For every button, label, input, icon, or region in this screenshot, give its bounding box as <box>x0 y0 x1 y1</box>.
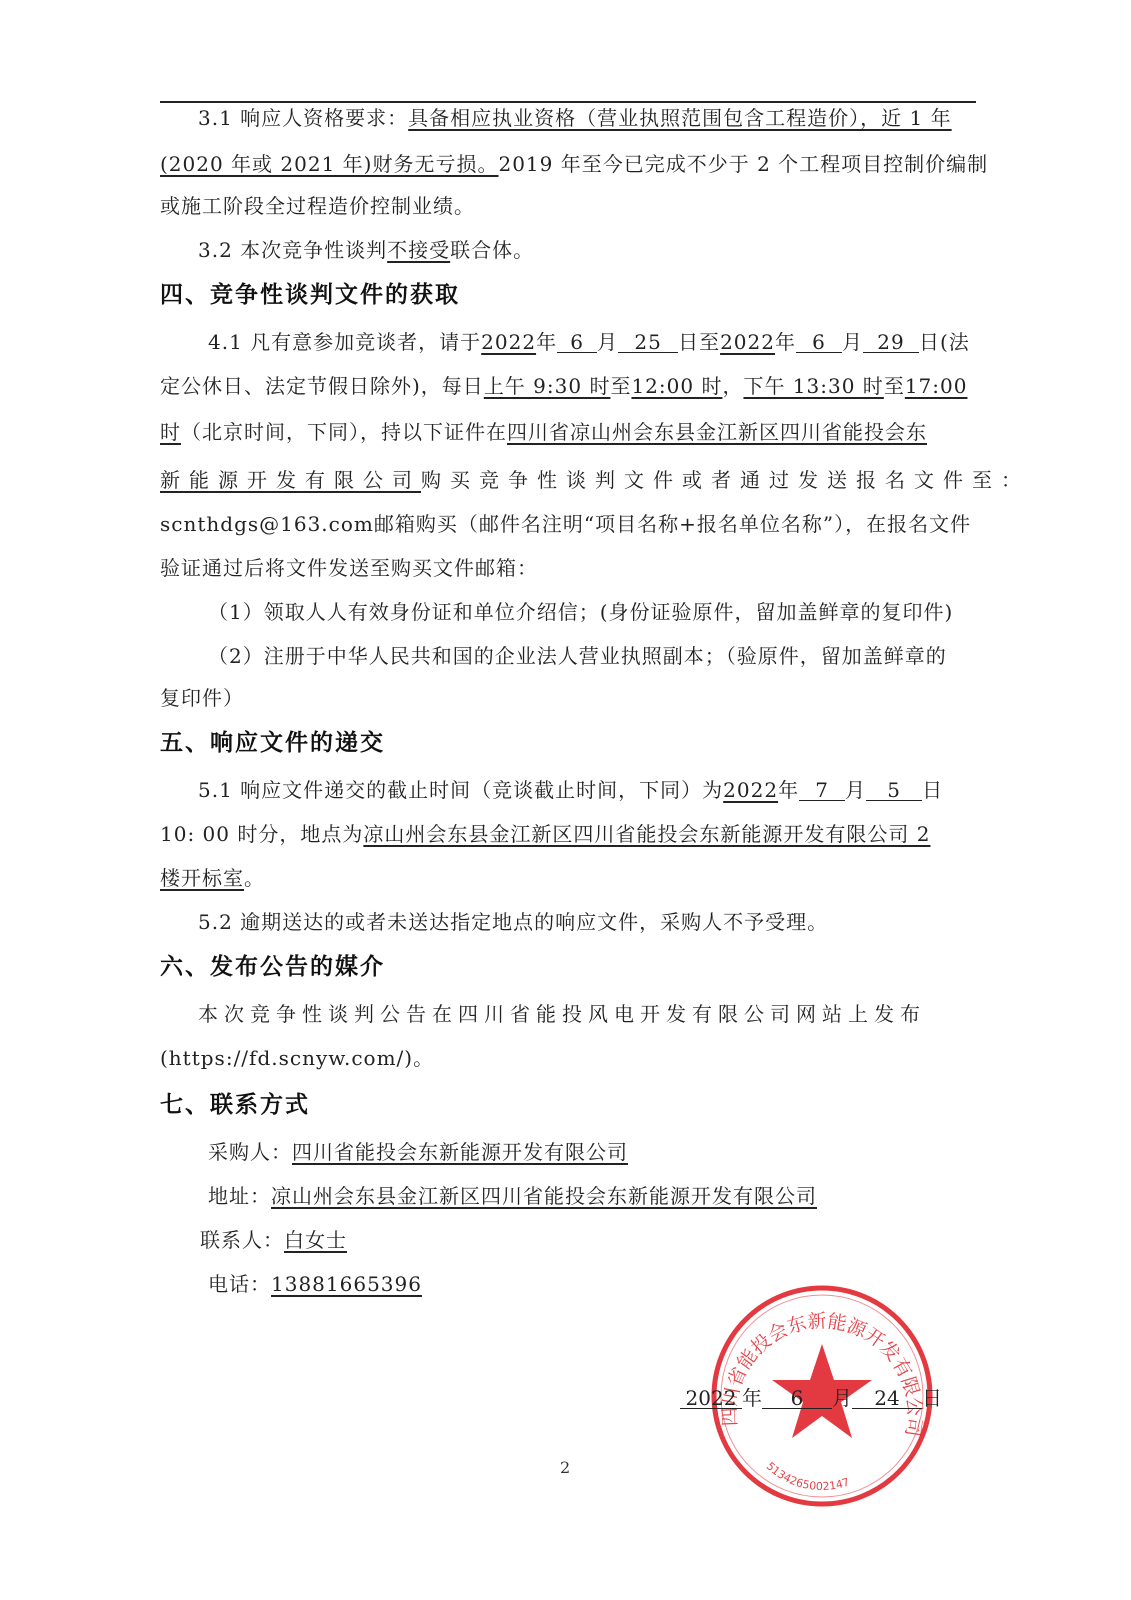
contact-row: 联系人：白女士 <box>200 1226 1020 1254</box>
sign-day: 24 <box>852 1384 922 1409</box>
contact-value: 白女士 <box>284 1228 347 1252</box>
morning-start: 上午 9:30 时 <box>484 374 611 398</box>
section-5-heading: 五、响应文件的递交 <box>160 728 385 758</box>
consortium-not-accepted: 不接受 <box>387 238 450 262</box>
line-end: 日(法 <box>919 330 970 354</box>
year-unit: 年 <box>536 330 557 354</box>
paragraph-3-1-line-2: (2020 年或 2021 年)财务无亏损。2019 年至今已完成不少于 2 个… <box>160 150 980 178</box>
paragraph-4-1-line-6: 验证通过后将文件发送至购买文件邮箱： <box>160 554 980 582</box>
requirement-item-2-line-2: 复印件） <box>160 684 980 712</box>
end-year: 2022 <box>720 330 775 354</box>
section-4-heading: 四、竞争性谈判文件的获取 <box>160 280 460 310</box>
period: 。 <box>244 866 265 890</box>
paragraph-4-1-line-5: scnthdgs@163.com邮箱购买（邮件名注明“项目名称+报名单位名称”）… <box>160 510 980 538</box>
day-unit: 日 <box>922 1386 942 1410</box>
document-page: 3.1 响应人资格要求：具备相应执业资格（营业执照范围包含工程造价），近 1 年… <box>0 0 1131 1600</box>
paragraph-4-1-line-3: 时（北京时间，下同），持以下证件在四川省凉山州会东县金江新区四川省能投会东 <box>160 418 980 446</box>
company-name: 新能源开发有限公司 <box>160 468 421 492</box>
qualification-label: 3.1 响应人资格要求： <box>198 106 408 130</box>
comma: ， <box>722 374 743 398</box>
section-7-heading: 七、联系方式 <box>160 1090 310 1120</box>
deadline-day: 5 <box>866 776 922 801</box>
beijing-time-note: （北京时间，下同），持以下证件在 <box>181 420 507 444</box>
paragraph-3-1-line-1: 3.1 响应人资格要求：具备相应执业资格（营业执照范围包含工程造价），近 1 年 <box>198 104 1018 132</box>
year-unit: 年 <box>778 778 799 802</box>
contact-label: 联系人： <box>200 1228 284 1252</box>
hour-unit: 时 <box>160 420 181 444</box>
sign-month: 6 <box>762 1384 832 1409</box>
day-to: 日至 <box>678 330 720 354</box>
purchase-intro: 4.1 凡有意参加竞谈者，请于 <box>208 330 481 354</box>
address-label: 地址： <box>208 1184 271 1208</box>
website-link[interactable]: (https://fd.scnyw.com/)。 <box>160 1046 434 1070</box>
afternoon-end: 17:00 <box>905 374 968 398</box>
paragraph-4-1-line-2: 定公休日、法定节假日除外)，每日上午 9:30 时至12:00 时，下午 13:… <box>160 372 980 400</box>
email-instructions: 邮箱购买（邮件名注明“项目名称+报名单位名称”），在报名文件 <box>374 512 971 536</box>
email-link[interactable]: scnthdgs@163.com <box>160 512 374 536</box>
phone-label: 电话： <box>208 1272 271 1296</box>
signature-date: 2022年6月24日 <box>680 1384 942 1412</box>
month-unit: 月 <box>842 330 863 354</box>
submission-location: 凉山州会东县金江新区四川省能投会东新能源开发有限公司 2 <box>363 822 930 846</box>
buyer-row: 采购人：四川省能投会东新能源开发有限公司 <box>208 1138 1028 1166</box>
start-month: 6 <box>557 328 597 353</box>
paragraph-5-2: 5.2 逾期送达的或者未送达指定地点的响应文件，采购人不予受理。 <box>198 908 1018 936</box>
experience-requirement: 2019 年至今已完成不少于 2 个工程项目控制价编制 <box>498 152 988 176</box>
holiday-exclusion: 定公休日、法定节假日除外)，每日 <box>160 374 484 398</box>
start-year: 2022 <box>481 330 536 354</box>
buyer-label: 采购人： <box>208 1140 292 1164</box>
year-unit: 年 <box>742 1386 762 1410</box>
phone-value[interactable]: 13881665396 <box>271 1272 422 1296</box>
day-unit: 日 <box>922 778 943 802</box>
month-unit: 月 <box>597 330 618 354</box>
paragraph-4-1-line-4: 新能源开发有限公司购买竞争性谈判文件或者通过发送报名文件至： <box>160 466 980 494</box>
buyer-value: 四川省能投会东新能源开发有限公司 <box>292 1140 628 1164</box>
month-unit: 月 <box>845 778 866 802</box>
end-month: 6 <box>796 328 842 353</box>
paragraph-3-2: 3.2 本次竞争性谈判不接受联合体。 <box>198 236 1018 264</box>
deadline-intro: 5.1 响应文件递交的截止时间（竞谈截止时间，下同）为 <box>198 778 723 802</box>
publication-statement: 本次竞争性谈判公告在四川省能投风电开发有限公司网站上发布 <box>198 1002 926 1026</box>
morning-end: 12:00 时 <box>631 374 722 398</box>
deadline-month: 7 <box>799 776 845 801</box>
afternoon-start: 下午 13:30 时 <box>743 374 883 398</box>
paragraph-3-1-line-3: 或施工阶段全过程造价控制业绩。 <box>160 192 980 220</box>
paragraph-5-1-line-3: 楼开标室。 <box>160 864 980 892</box>
bid-opening-room: 楼开标室 <box>160 866 244 890</box>
paragraph-5-1-line-1: 5.1 响应文件递交的截止时间（竞谈截止时间，下同）为2022年7月5日 <box>198 776 1018 804</box>
purchase-method: 购买竞争性谈判文件或者通过发送报名文件至： <box>421 468 1030 492</box>
to-label: 至 <box>610 374 631 398</box>
address-row: 地址：凉山州会东县金江新区四川省能投会东新能源开发有限公司 <box>208 1182 1028 1210</box>
section-6-heading: 六、发布公告的媒介 <box>160 952 385 982</box>
month-unit: 月 <box>832 1386 852 1410</box>
qualification-requirement: 具备相应执业资格（营业执照范围包含工程造价），近 1 年 <box>408 106 951 130</box>
deadline-year: 2022 <box>723 778 778 802</box>
paragraph-4-1-line-1: 4.1 凡有意参加竞谈者，请于2022年6月25日至2022年6月29日(法 <box>208 328 1028 356</box>
purchase-address: 四川省凉山州会东县金江新区四川省能投会东 <box>507 420 927 444</box>
consortium-suffix: 联合体。 <box>450 238 534 262</box>
deadline-time: 10: 00 时分，地点为 <box>160 822 363 846</box>
address-value: 凉山州会东县金江新区四川省能投会东新能源开发有限公司 <box>271 1184 817 1208</box>
financial-requirement: (2020 年或 2021 年)财务无亏损。 <box>160 152 498 176</box>
requirement-item-1: （1）领取人人有效身份证和单位介绍信；(身份证验原件，留加盖鲜章的复印件) <box>208 598 1028 626</box>
start-day: 25 <box>618 328 678 353</box>
svg-text:5134265002147: 5134265002147 <box>764 1460 851 1494</box>
to-label: 至 <box>884 374 905 398</box>
page-number: 2 <box>560 1458 570 1477</box>
paragraph-5-1-line-2: 10: 00 时分，地点为凉山州会东县金江新区四川省能投会东新能源开发有限公司 … <box>160 820 980 848</box>
consortium-label: 3.2 本次竞争性谈判 <box>198 238 387 262</box>
year-unit: 年 <box>775 330 796 354</box>
end-day: 29 <box>863 328 919 353</box>
top-rule-divider <box>160 101 976 103</box>
requirement-item-2-line-1: （2）注册于中华人民共和国的企业法人营业执照副本；（验原件，留加盖鲜章的 <box>208 642 1028 670</box>
sign-year: 2022 <box>680 1384 742 1409</box>
paragraph-6-line-2: (https://fd.scnyw.com/)。 <box>160 1044 980 1072</box>
paragraph-6-line-1: 本次竞争性谈判公告在四川省能投风电开发有限公司网站上发布 <box>198 1000 1018 1028</box>
